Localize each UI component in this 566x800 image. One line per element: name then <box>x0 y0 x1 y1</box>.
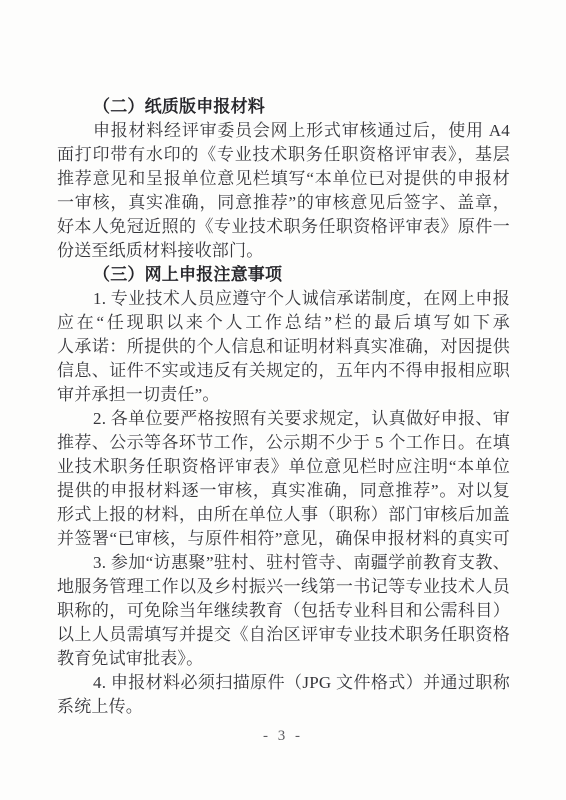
text-line: 职称的，可免除当年继续教育（包括专业科目和公需科目）学习， <box>57 599 510 623</box>
text-line: 审并承担一切责任”。 <box>57 383 510 407</box>
text-line: 教育免试审批表》。 <box>57 647 510 671</box>
text-line: 提供的申报材料逐一审核，真实准确，同意推荐”。对以复印件 <box>57 479 510 503</box>
text-line: 2. 各单位要严格按照有关要求规定，认真做好申报、审查、 <box>57 407 510 431</box>
section-heading: （二）纸质版申报材料 <box>57 95 510 119</box>
text-line: 申报材料经评审委员会网上形式审核通过后，使用 A4 纸双 <box>57 119 510 143</box>
section-heading: （三）网上申报注意事项 <box>57 263 510 287</box>
text-line: 业技术职务任职资格评审表》单位意见栏时应注明“本单位已对 <box>57 455 510 479</box>
text-line: 面打印带有水印的《专业技术职务任职资格评审表》，基层单位 <box>57 143 510 167</box>
document-body: （二）纸质版申报材料申报材料经评审委员会网上形式审核通过后，使用 A4 纸双面打… <box>57 95 510 719</box>
text-line: 地服务管理工作以及乡村振兴一线第一书记等专业技术人员申报 <box>57 575 510 599</box>
text-line: 并签署“已审核，与原件相符”意见，确保申报材料的真实可靠； <box>57 527 510 551</box>
text-line: 应在“任现职以来个人工作总结”栏的最后填写如下承诺：“本 <box>57 311 510 335</box>
text-line: 4. 申报材料必须扫描原件（JPG 文件格式）并通过职称评审 <box>57 671 510 695</box>
text-line: 形式上报的材料，由所在单位人事（职称）部门审核后加盖公章。 <box>57 503 510 527</box>
text-line: 份送至纸质材料接收部门。 <box>57 239 510 263</box>
text-line: 3. 参加“访惠聚”驻村、驻村管寺、南疆学前教育支教、内 <box>57 551 510 575</box>
text-line: 人承诺：所提供的个人信息和证明材料真实准确，对因提供有关 <box>57 335 510 359</box>
text-line: 好本人免冠近照的《专业技术职务任职资格评审表》原件一式两 <box>57 215 510 239</box>
text-line: 信息、证件不实或违反有关规定的，五年内不得申报相应职称评 <box>57 359 510 383</box>
text-line: 一审核，真实准确，同意推荐”的审核意见后签字、盖章，将贴 <box>57 191 510 215</box>
text-line: 1. 专业技术人员应遵守个人诚信承诺制度，在网上申报时， <box>57 287 510 311</box>
text-line: 系统上传。 <box>57 695 510 719</box>
scanned-document-page: （二）纸质版申报材料申报材料经评审委员会网上形式审核通过后，使用 A4 纸双面打… <box>0 0 566 800</box>
text-line: 推荐、公示等各环节工作，公示期不少于 5 个工作日。在填写《专 <box>57 431 510 455</box>
text-line: 推荐意见和呈报单位意见栏填写“本单位已对提供的申报材料逐 <box>57 167 510 191</box>
page-number: - 3 - <box>0 728 566 745</box>
text-line: 以上人员需填写并提交《自治区评审专业技术职务任职资格继续 <box>57 623 510 647</box>
